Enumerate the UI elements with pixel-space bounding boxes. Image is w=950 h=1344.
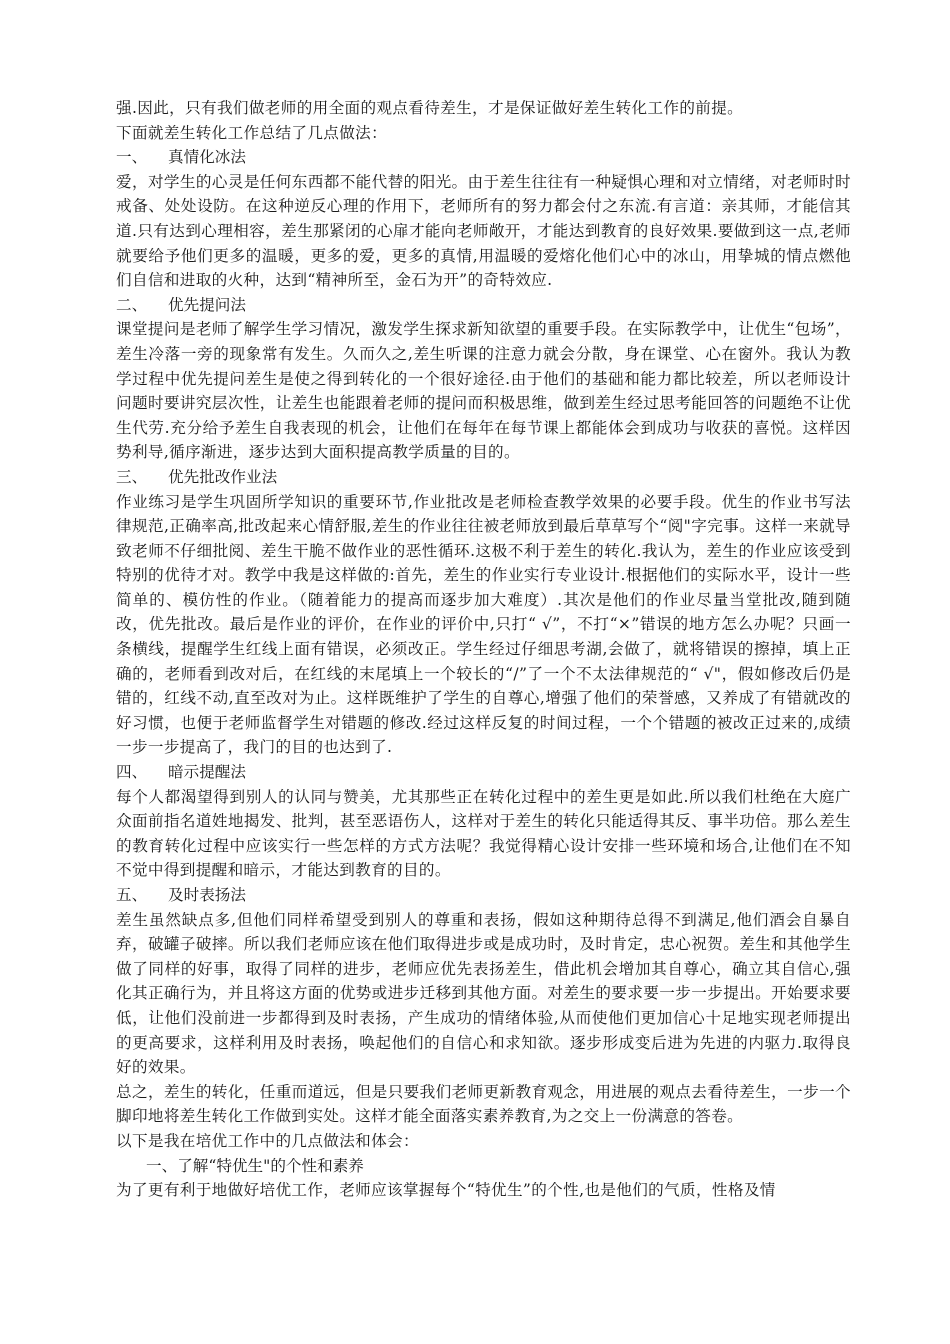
section-number: 一、 xyxy=(146,1154,177,1179)
section-number: 一、 xyxy=(116,145,168,170)
section-heading: 一、了解“特优生"的个性和素养 xyxy=(116,1154,851,1179)
section-heading: 一、真情化冰法 xyxy=(116,145,851,170)
section-heading: 四、暗示提醒法 xyxy=(116,760,851,785)
section-title: 优先提问法 xyxy=(168,296,246,314)
section-title: 了解“特优生"的个性和素养 xyxy=(177,1157,364,1175)
section-heading: 三、优先批改作业法 xyxy=(116,465,851,490)
section-title: 暗示提醒法 xyxy=(168,763,246,781)
section-title: 及时表扬法 xyxy=(168,886,246,904)
section-body: 为了更有利于地做好培优工作，老师应该掌握每个“特优生”的个性,也是他们的气质，性… xyxy=(116,1178,851,1203)
section-body: 课堂提问是老师了解学生学习情况，激发学生探求新知欲望的重要手段。在实际教学中，让… xyxy=(116,317,851,465)
section-body: 差生虽然缺点多,但他们同样希望受到别人的尊重和表扬，假如这种期待总得不到满足,他… xyxy=(116,908,851,1080)
text-line: 下面就差生转化工作总结了几点做法： xyxy=(116,121,851,146)
section-number: 二、 xyxy=(116,293,168,318)
section-number: 五、 xyxy=(116,883,168,908)
conclusion-paragraph: 总之，差生的转化，任重而道远，但是只要我们老师更新教育观念，用进展的观点去看待差… xyxy=(116,1080,851,1129)
section-number: 三、 xyxy=(116,465,168,490)
document-page: 强.因此，只有我们做老师的用全面的观点看待差生，才是保证做好差生转化工作的前提。… xyxy=(116,96,851,1203)
section-heading: 五、及时表扬法 xyxy=(116,883,851,908)
section-title: 优先批改作业法 xyxy=(168,468,277,486)
section-body: 每个人都渴望得到别人的认同与赞美，尤其那些正在转化过程中的差生更是如此.所以我们… xyxy=(116,785,851,883)
section-title: 真情化冰法 xyxy=(168,148,246,166)
section-body: 作业练习是学生巩固所学知识的重要环节,作业批改是老师检查教学效果的必要手段。优生… xyxy=(116,490,851,761)
intro-line: 以下是我在培优工作中的几点做法和体会： xyxy=(116,1129,851,1154)
section-heading: 二、优先提问法 xyxy=(116,293,851,318)
section-body: 爱，对学生的心灵是任何东西都不能代替的阳光。由于差生往往有一种疑惧心理和对立情绪… xyxy=(116,170,851,293)
section-number: 四、 xyxy=(116,760,168,785)
text-line: 强.因此，只有我们做老师的用全面的观点看待差生，才是保证做好差生转化工作的前提。 xyxy=(116,96,851,121)
